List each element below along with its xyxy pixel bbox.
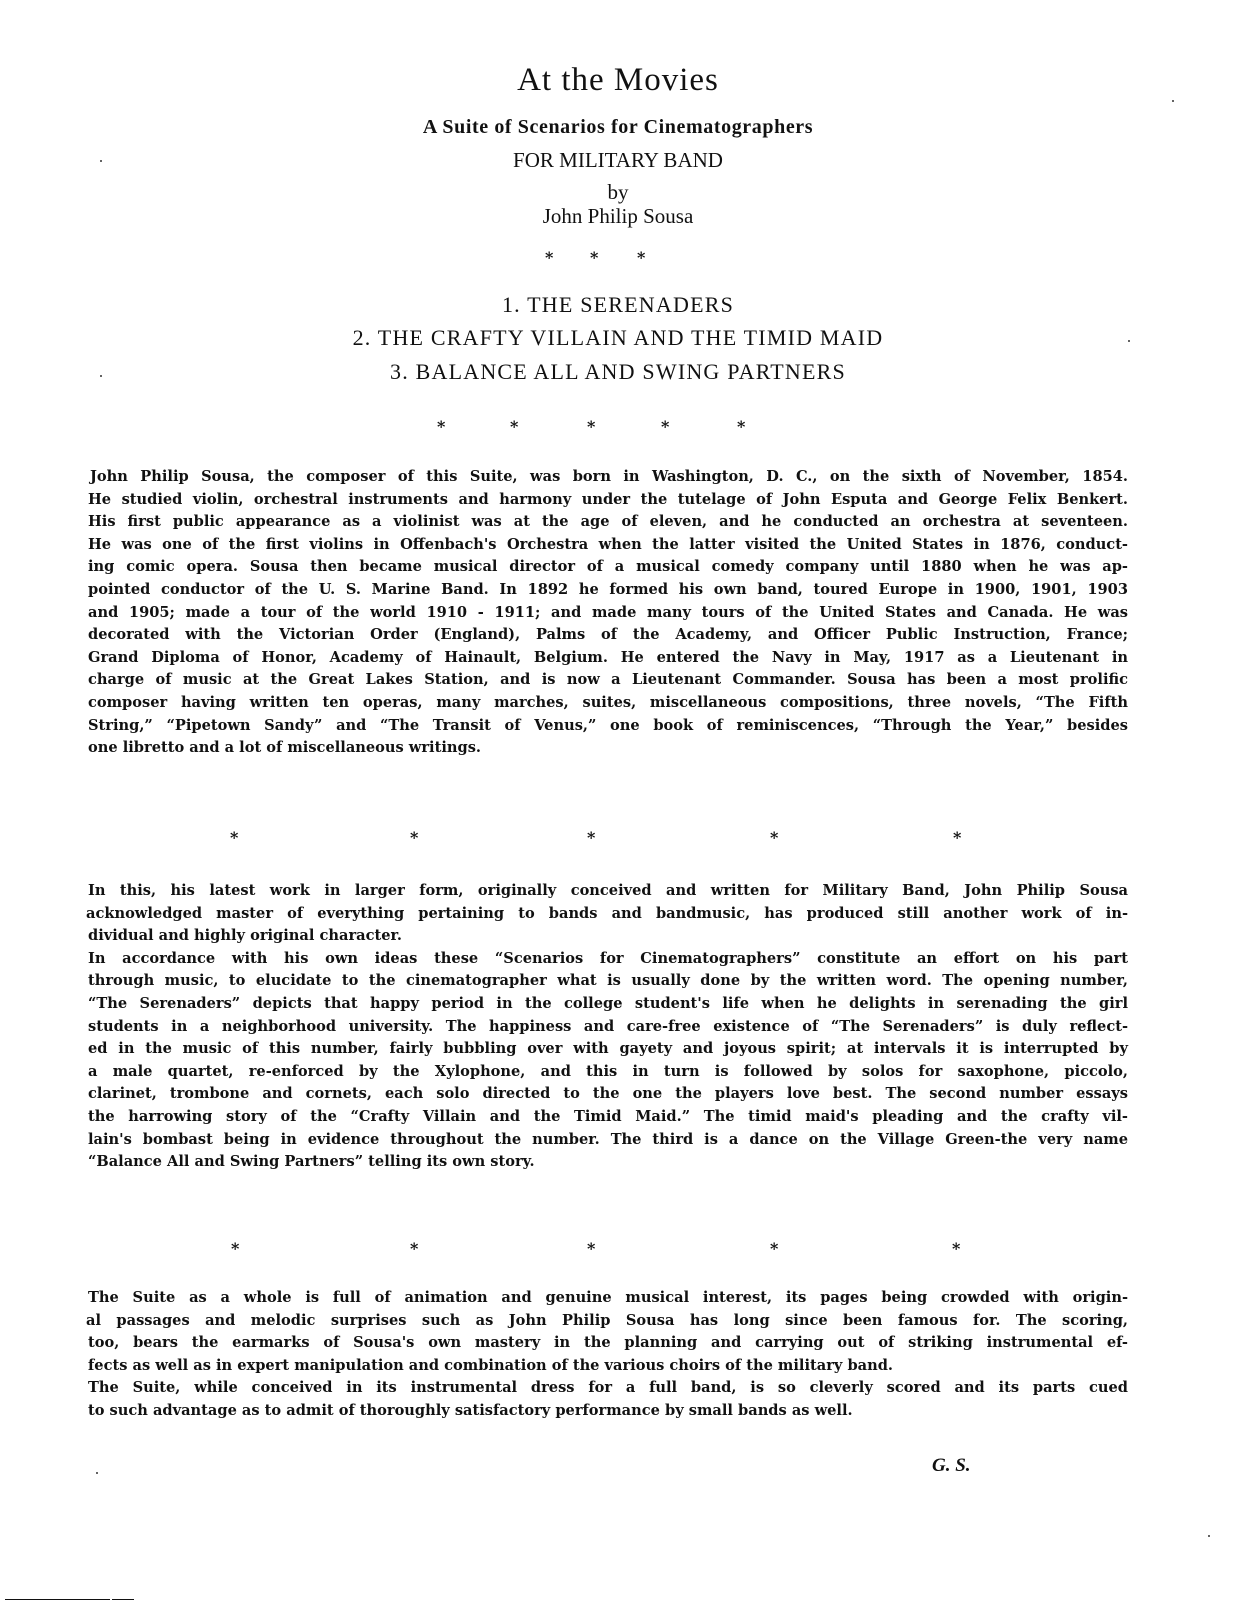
movement-3: 3. BALANCE ALL AND SWING PARTNERS	[0, 359, 1236, 385]
text-line: The Suite as a whole is full of animatio…	[88, 1287, 1128, 1310]
star-ornament: *	[953, 830, 961, 846]
star-ornament: *	[637, 250, 645, 266]
star-ornament: *	[661, 419, 669, 435]
scan-speck	[100, 160, 102, 162]
star-ornament: *	[510, 419, 518, 435]
biography-paragraph: John Philip Sousa, the composer of this …	[88, 466, 1128, 760]
text-line: and 1905; made a tour of the world 1910 …	[88, 602, 1128, 625]
text-line: The Suite, while conceived in its instru…	[88, 1377, 1128, 1400]
page-title: At the Movies	[0, 62, 1236, 99]
text-line: to such advantage as to admit of thoroug…	[88, 1400, 1128, 1423]
star-ornament: *	[587, 419, 595, 435]
star-ornament: *	[437, 419, 445, 435]
text-line: fects as well as in expert manipulation …	[88, 1355, 1128, 1378]
text-line: lain's bombast being in evidence through…	[88, 1129, 1128, 1152]
star-ornament: *	[587, 830, 595, 846]
movement-2: 2. THE CRAFTY VILLAIN AND THE TIMID MAID	[0, 325, 1236, 351]
text-line: He studied violin, orchestral instrument…	[88, 489, 1128, 512]
text-line: one libretto and a lot of miscellaneous …	[88, 737, 1128, 760]
star-ornament: *	[952, 1241, 960, 1257]
scan-speck	[1128, 340, 1130, 342]
text-line: Grand Diploma of Honor, Academy of Haina…	[88, 647, 1128, 670]
description-paragraph: In this, his latest work in larger form,…	[88, 880, 1128, 1174]
star-ornament: *	[770, 830, 778, 846]
text-line: String,” “Pipetown Sandy” and “The Trans…	[88, 715, 1128, 738]
star-ornament: *	[587, 1241, 595, 1257]
text-line: ed in the music of this number, fairly b…	[88, 1038, 1128, 1061]
star-ornament: *	[770, 1241, 778, 1257]
text-line: composer having written ten operas, many…	[88, 692, 1128, 715]
by-label: by	[0, 180, 1236, 205]
scan-speck	[96, 1472, 98, 1474]
text-line: In accordance with his own ideas these “…	[88, 948, 1128, 971]
star-ornament: *	[410, 830, 418, 846]
text-line: In this, his latest work in larger form,…	[88, 880, 1128, 903]
text-line: dividual and highly original character.	[88, 925, 1128, 948]
text-line: through music, to elucidate to the cinem…	[88, 970, 1128, 993]
text-line: pointed conductor of the U. S. Marine Ba…	[88, 579, 1128, 602]
text-line: acknowledged master of everything pertai…	[86, 903, 1128, 926]
text-line: students in a neighborhood university. T…	[88, 1016, 1128, 1039]
scan-speck	[1208, 1535, 1210, 1537]
star-ornament: *	[231, 1241, 239, 1257]
text-line: clarinet, trombone and cornets, each sol…	[88, 1083, 1128, 1106]
text-line: “The Serenaders” depicts that happy peri…	[88, 993, 1128, 1016]
text-line: ing comic opera. Sousa then became music…	[88, 556, 1128, 579]
star-ornament: *	[545, 250, 553, 266]
star-ornament: *	[410, 1241, 418, 1257]
scan-speck	[100, 375, 102, 377]
star-ornament: *	[230, 830, 238, 846]
text-line: “Balance All and Swing Partners” telling…	[88, 1151, 1128, 1174]
text-line: He was one of the first violins in Offen…	[88, 534, 1128, 557]
movement-1: 1. THE SERENADERS	[0, 292, 1236, 318]
text-line: John Philip Sousa, the composer of this …	[88, 466, 1128, 489]
text-line: His first public appearance as a violini…	[88, 511, 1128, 534]
text-line: too, bears the earmarks of Sousa's own m…	[88, 1332, 1128, 1355]
ensemble-label: FOR MILITARY BAND	[0, 148, 1236, 173]
text-line: al passages and melodic surprises such a…	[86, 1310, 1128, 1333]
subtitle: A Suite of Scenarios for Cinematographer…	[0, 116, 1236, 139]
document-page: At the Movies A Suite of Scenarios for C…	[0, 0, 1236, 1600]
star-ornament: *	[590, 250, 598, 266]
signature-initials: G. S.	[932, 1455, 971, 1477]
text-line: charge of music at the Great Lakes Stati…	[88, 669, 1128, 692]
text-line: decorated with the Victorian Order (Engl…	[88, 624, 1128, 647]
text-line: the harrowing story of the “Crafty Villa…	[88, 1106, 1128, 1129]
summary-paragraph: The Suite as a whole is full of animatio…	[88, 1287, 1128, 1423]
composer-name: John Philip Sousa	[0, 204, 1236, 229]
scan-speck	[1172, 100, 1174, 102]
star-ornament: *	[737, 419, 745, 435]
text-line: a male quartet, re-enforced by the Xylop…	[88, 1061, 1128, 1084]
